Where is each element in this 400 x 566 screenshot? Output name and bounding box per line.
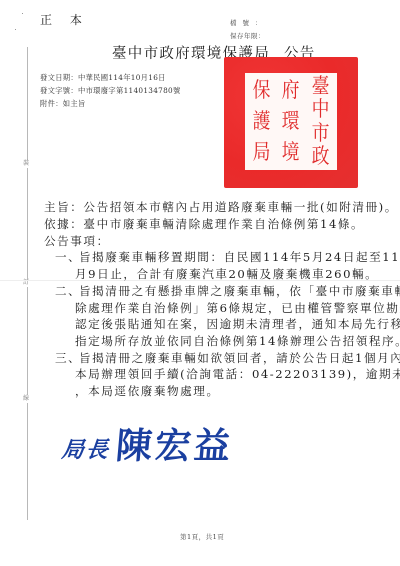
signature-name: 陳宏益 bbox=[114, 428, 234, 464]
item-text-line: ，本局逕依廢棄物處理。 bbox=[75, 383, 220, 399]
item-number: 三、 bbox=[55, 350, 81, 366]
item-text-line: 本局辦理領回手續(洽詢電話：04-22203139)，逾期未領回者 bbox=[75, 366, 400, 382]
item-text-line: 旨揭清冊之廢棄車輛如欲領回者，請於公告日起1個月內向 bbox=[79, 350, 400, 366]
seal-glyph: 護 bbox=[253, 111, 271, 132]
original-copy-mark: 正 本 bbox=[40, 11, 89, 28]
seal-inner-panel: 臺 中 市 政 府 環 境 保 護 局 bbox=[245, 73, 337, 170]
subject-line: 主旨：公告招領本市轄內占用道路廢棄車輛一批(如附清冊)。 bbox=[44, 199, 398, 215]
scan-speck bbox=[15, 29, 16, 30]
seal-glyph: 環 bbox=[282, 111, 300, 132]
item-text-line: 指定場所存放並依同自治條例第14條辦理公告招領程序。 bbox=[75, 333, 400, 349]
seal-glyph: 政 bbox=[311, 146, 329, 167]
seal-glyph: 局 bbox=[253, 142, 271, 163]
seal-glyph: 市 bbox=[311, 123, 329, 144]
item-number: 二、 bbox=[55, 283, 81, 299]
director-signature: 局長 陳宏益 bbox=[62, 428, 233, 464]
attachment-note: 附件：如主旨 bbox=[40, 99, 86, 109]
file-number-label: 檔號： bbox=[230, 18, 268, 27]
item-number: 一、 bbox=[55, 249, 81, 265]
item-text-line: 旨揭清冊之有懸掛車牌之廢棄車輛，依「臺中市廢棄車輛清 bbox=[79, 283, 400, 299]
scan-speck bbox=[22, 13, 23, 14]
retention-period-label: 保存年限： bbox=[230, 31, 265, 40]
item-text-line: 除處理作業自治條例」第6條規定，已由權管警察單位勘查 bbox=[75, 300, 400, 316]
binding-mark-line: 線 bbox=[23, 395, 29, 403]
reference-number: 發文字號：中市環廢字第1140134780號 bbox=[40, 86, 181, 96]
binding-mark-bind: 裝 bbox=[23, 160, 29, 168]
seal-column-1: 臺 中 市 政 bbox=[311, 75, 329, 168]
seal-glyph: 中 bbox=[311, 99, 329, 120]
seal-column-3: 保 護 局 bbox=[253, 75, 271, 168]
seal-column-2: 府 環 境 bbox=[282, 75, 300, 168]
seal-glyph: 保 bbox=[253, 80, 271, 101]
item-text-line: 認定後張貼通知在案，因逾期未清理者，通知本局先行移置 bbox=[75, 316, 400, 332]
seal-glyph: 臺 bbox=[311, 76, 329, 97]
seal-glyph: 府 bbox=[282, 80, 300, 101]
seal-glyph: 境 bbox=[282, 142, 300, 163]
item-text-line: 旨揭廢棄車輛移置期間：自民國114年5月24日起至114年10 bbox=[79, 249, 400, 265]
legal-basis-line: 依據：臺中市廢棄車輛清除處理作業自治條例第14條。 bbox=[44, 216, 364, 232]
item-text-line: 月9日止，合計有廢棄汽車20輛及廢棄機車260輛。 bbox=[75, 266, 378, 282]
signature-title: 局長 bbox=[60, 433, 111, 464]
page-number: 第1頁，共1頁 bbox=[180, 532, 224, 541]
official-seal: 臺 中 市 政 府 環 境 保 護 局 bbox=[224, 57, 358, 188]
issue-date: 發文日期：中華民國114年10月16日 bbox=[40, 73, 166, 83]
announcement-items-heading: 公告事項： bbox=[44, 233, 110, 249]
